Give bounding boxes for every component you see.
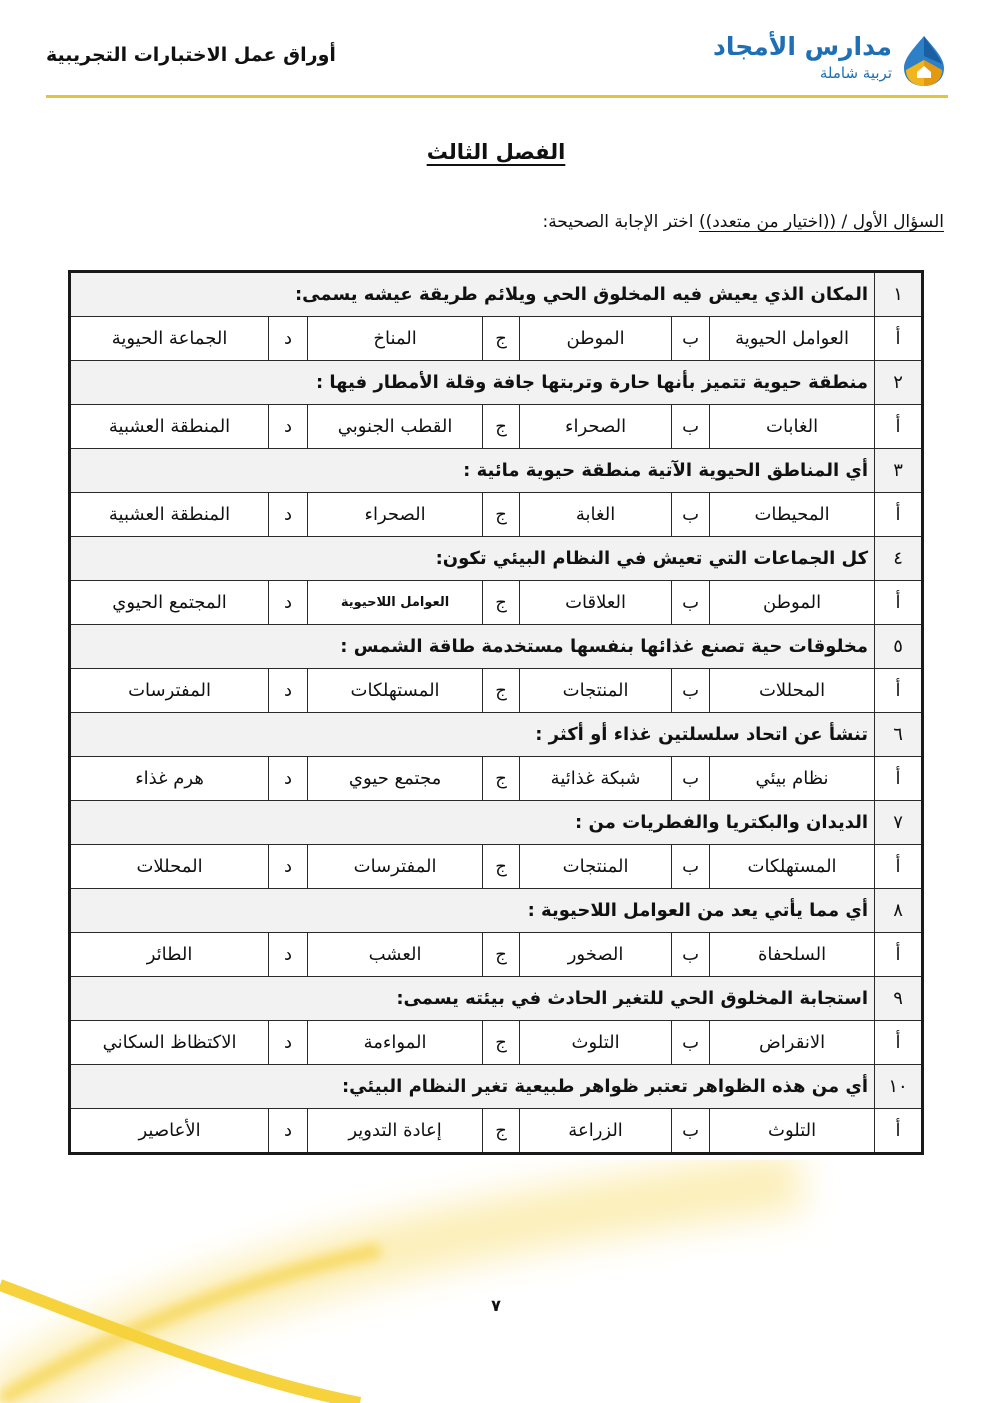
option-label-c: ج bbox=[483, 581, 520, 625]
option-label-b: ب bbox=[672, 405, 710, 449]
question-number: ٤ bbox=[875, 537, 923, 581]
option-label-b: ب bbox=[672, 1021, 710, 1065]
option-label-c: ج bbox=[483, 933, 520, 977]
option-c[interactable]: الصحراء bbox=[308, 493, 483, 537]
option-c[interactable]: العشب bbox=[308, 933, 483, 977]
option-d[interactable]: هرم غذاء bbox=[70, 757, 269, 801]
question-row: ٤ كل الجماعات التي تعيش في النظام البيئي… bbox=[70, 537, 923, 581]
option-c[interactable]: القطب الجنوبي bbox=[308, 405, 483, 449]
option-label-d: د bbox=[269, 1021, 308, 1065]
options-row: أ الموطن ب العلاقات ج العوامل اللاحيوية … bbox=[70, 581, 923, 625]
options-row: أ العوامل الحيوية ب الموطن ج المناخ د ال… bbox=[70, 317, 923, 361]
option-label-b: ب bbox=[672, 581, 710, 625]
option-label-d: د bbox=[269, 317, 308, 361]
option-b[interactable]: شبكة غذائية bbox=[520, 757, 672, 801]
option-label-b: ب bbox=[672, 933, 710, 977]
option-a[interactable]: الانقراض bbox=[710, 1021, 875, 1065]
option-a[interactable]: الغابات bbox=[710, 405, 875, 449]
option-d[interactable]: المنطقة العشبية bbox=[70, 405, 269, 449]
option-label-c: ج bbox=[483, 1021, 520, 1065]
question-heading: السؤال الأول / ((اختيار من متعدد)) اختر … bbox=[542, 212, 944, 232]
question-number: ٨ bbox=[875, 889, 923, 933]
option-a[interactable]: نظام بيئي bbox=[710, 757, 875, 801]
option-label-a: أ bbox=[875, 493, 923, 537]
option-label-a: أ bbox=[875, 581, 923, 625]
option-label-c: ج bbox=[483, 669, 520, 713]
options-row: أ التلوث ب الزراعة ج إعادة التدوير د الأ… bbox=[70, 1109, 923, 1154]
document-title: أوراق عمل الاختبارات التجريبية bbox=[46, 44, 336, 66]
option-b[interactable]: المنتجات bbox=[520, 669, 672, 713]
option-label-d: د bbox=[269, 933, 308, 977]
question-instruction: اختر الإجابة الصحيحة: bbox=[542, 212, 698, 232]
option-d[interactable]: الجماعة الحيوية bbox=[70, 317, 269, 361]
option-label-a: أ bbox=[875, 1109, 923, 1154]
question-number: ٣ bbox=[875, 449, 923, 493]
option-a[interactable]: السلحفاة bbox=[710, 933, 875, 977]
option-d[interactable]: الاكتظاظ السكاني bbox=[70, 1021, 269, 1065]
option-c[interactable]: مجتمع حيوي bbox=[308, 757, 483, 801]
option-label-d: د bbox=[269, 757, 308, 801]
option-a[interactable]: العوامل الحيوية bbox=[710, 317, 875, 361]
option-label-c: ج bbox=[483, 845, 520, 889]
option-label-a: أ bbox=[875, 933, 923, 977]
question-text: منطقة حيوية تتميز بأنها حارة وتربتها جاف… bbox=[70, 361, 875, 405]
option-b[interactable]: المنتجات bbox=[520, 845, 672, 889]
option-d[interactable]: المحللات bbox=[70, 845, 269, 889]
option-a[interactable]: التلوث bbox=[710, 1109, 875, 1154]
drop-logo-icon bbox=[900, 34, 948, 88]
question-row: ٥ مخلوقات حية تصنع غذائها بنفسها مستخدمة… bbox=[70, 625, 923, 669]
option-label-c: ج bbox=[483, 493, 520, 537]
option-label-b: ب bbox=[672, 317, 710, 361]
option-label-d: د bbox=[269, 845, 308, 889]
school-tagline: تربية شاملة bbox=[820, 64, 892, 82]
option-a[interactable]: المحيطات bbox=[710, 493, 875, 537]
question-heading-prefix: السؤال الأول / bbox=[836, 212, 944, 232]
question-text: كل الجماعات التي تعيش في النظام البيئي ت… bbox=[70, 537, 875, 581]
school-logo: مدارس الأمجاد تربية شاملة bbox=[728, 30, 948, 90]
question-number: ٧ bbox=[875, 801, 923, 845]
option-a[interactable]: المحللات bbox=[710, 669, 875, 713]
option-d[interactable]: المجتمع الحيوي bbox=[70, 581, 269, 625]
option-a[interactable]: الموطن bbox=[710, 581, 875, 625]
option-label-a: أ bbox=[875, 1021, 923, 1065]
option-d[interactable]: المنطقة العشبية bbox=[70, 493, 269, 537]
chapter-title: الفصل الثالث bbox=[0, 140, 992, 164]
option-b[interactable]: التلوث bbox=[520, 1021, 672, 1065]
option-label-a: أ bbox=[875, 845, 923, 889]
question-text: الديدان والبكتريا والفطريات من : bbox=[70, 801, 875, 845]
option-label-d: د bbox=[269, 1109, 308, 1154]
question-text: أي المناطق الحيوية الآتية منطقة حيوية ما… bbox=[70, 449, 875, 493]
question-text: أي مما يأتي يعد من العوامل اللاحيوية : bbox=[70, 889, 875, 933]
question-text: تنشأ عن اتحاد سلسلتين غذاء أو أكثر : bbox=[70, 713, 875, 757]
option-label-b: ب bbox=[672, 669, 710, 713]
mcq-table: ١ المكان الذي يعيش فيه المخلوق الحي ويلا… bbox=[68, 270, 924, 1155]
option-b[interactable]: الغابة bbox=[520, 493, 672, 537]
question-row: ١٠ أي من هذه الظواهر تعتبر ظواهر طبيعية … bbox=[70, 1065, 923, 1109]
options-row: أ المستهلكات ب المنتجات ج المفترسات د ال… bbox=[70, 845, 923, 889]
page-number: ٧ bbox=[0, 1296, 992, 1315]
options-row: أ نظام بيئي ب شبكة غذائية ج مجتمع حيوي د… bbox=[70, 757, 923, 801]
option-label-b: ب bbox=[672, 493, 710, 537]
options-row: أ السلحفاة ب الصخور ج العشب د الطائر bbox=[70, 933, 923, 977]
option-c[interactable]: إعادة التدوير bbox=[308, 1109, 483, 1154]
option-c[interactable]: المناخ bbox=[308, 317, 483, 361]
option-label-d: د bbox=[269, 669, 308, 713]
question-text: مخلوقات حية تصنع غذائها بنفسها مستخدمة ط… bbox=[70, 625, 875, 669]
school-name: مدارس الأمجاد bbox=[713, 32, 892, 61]
option-label-b: ب bbox=[672, 845, 710, 889]
option-label-a: أ bbox=[875, 405, 923, 449]
option-label-b: ب bbox=[672, 757, 710, 801]
option-c[interactable]: المفترسات bbox=[308, 845, 483, 889]
option-label-d: د bbox=[269, 493, 308, 537]
question-row: ٧ الديدان والبكتريا والفطريات من : bbox=[70, 801, 923, 845]
question-text: أي من هذه الظواهر تعتبر ظواهر طبيعية تغي… bbox=[70, 1065, 875, 1109]
option-b[interactable]: الصحراء bbox=[520, 405, 672, 449]
question-text: المكان الذي يعيش فيه المخلوق الحي ويلائم… bbox=[70, 272, 875, 317]
question-row: ١ المكان الذي يعيش فيه المخلوق الحي ويلا… bbox=[70, 272, 923, 317]
question-number: ٦ bbox=[875, 713, 923, 757]
option-label-a: أ bbox=[875, 317, 923, 361]
option-d[interactable]: المفترسات bbox=[70, 669, 269, 713]
option-b[interactable]: الموطن bbox=[520, 317, 672, 361]
header-divider bbox=[46, 95, 948, 98]
options-row: أ المحللات ب المنتجات ج المستهلكات د الم… bbox=[70, 669, 923, 713]
option-label-a: أ bbox=[875, 669, 923, 713]
option-c[interactable]: المستهلكات bbox=[308, 669, 483, 713]
option-label-d: د bbox=[269, 581, 308, 625]
question-row: ٣ أي المناطق الحيوية الآتية منطقة حيوية … bbox=[70, 449, 923, 493]
option-d[interactable]: الأعاصير bbox=[70, 1109, 269, 1154]
option-b[interactable]: الزراعة bbox=[520, 1109, 672, 1154]
option-label-a: أ bbox=[875, 757, 923, 801]
option-label-c: ج bbox=[483, 1109, 520, 1154]
decorative-swoosh bbox=[0, 1160, 992, 1403]
question-number: ٥ bbox=[875, 625, 923, 669]
option-d[interactable]: الطائر bbox=[70, 933, 269, 977]
question-row: ٩ استجابة المخلوق الحي للتغير الحادث في … bbox=[70, 977, 923, 1021]
option-b[interactable]: الصخور bbox=[520, 933, 672, 977]
page-header: مدارس الأمجاد تربية شاملة أوراق عمل الاخ… bbox=[46, 24, 948, 96]
option-label-c: ج bbox=[483, 317, 520, 361]
question-number: ٩ bbox=[875, 977, 923, 1021]
options-row: أ الانقراض ب التلوث ج المواءمة د الاكتظا… bbox=[70, 1021, 923, 1065]
options-row: أ الغابات ب الصحراء ج القطب الجنوبي د ال… bbox=[70, 405, 923, 449]
option-c[interactable]: المواءمة bbox=[308, 1021, 483, 1065]
option-label-c: ج bbox=[483, 757, 520, 801]
option-a[interactable]: المستهلكات bbox=[710, 845, 875, 889]
option-label-d: د bbox=[269, 405, 308, 449]
option-label-c: ج bbox=[483, 405, 520, 449]
question-number: ٢ bbox=[875, 361, 923, 405]
question-type: ((اختيار من متعدد)) bbox=[699, 212, 836, 232]
option-c[interactable]: العوامل اللاحيوية bbox=[308, 581, 483, 625]
question-row: ٨ أي مما يأتي يعد من العوامل اللاحيوية : bbox=[70, 889, 923, 933]
options-row: أ المحيطات ب الغابة ج الصحراء د المنطقة … bbox=[70, 493, 923, 537]
question-number: ١٠ bbox=[875, 1065, 923, 1109]
option-label-b: ب bbox=[672, 1109, 710, 1154]
question-text: استجابة المخلوق الحي للتغير الحادث في بي… bbox=[70, 977, 875, 1021]
question-number: ١ bbox=[875, 272, 923, 317]
question-row: ٢ منطقة حيوية تتميز بأنها حارة وتربتها ج… bbox=[70, 361, 923, 405]
option-b[interactable]: العلاقات bbox=[520, 581, 672, 625]
question-row: ٦ تنشأ عن اتحاد سلسلتين غذاء أو أكثر : bbox=[70, 713, 923, 757]
